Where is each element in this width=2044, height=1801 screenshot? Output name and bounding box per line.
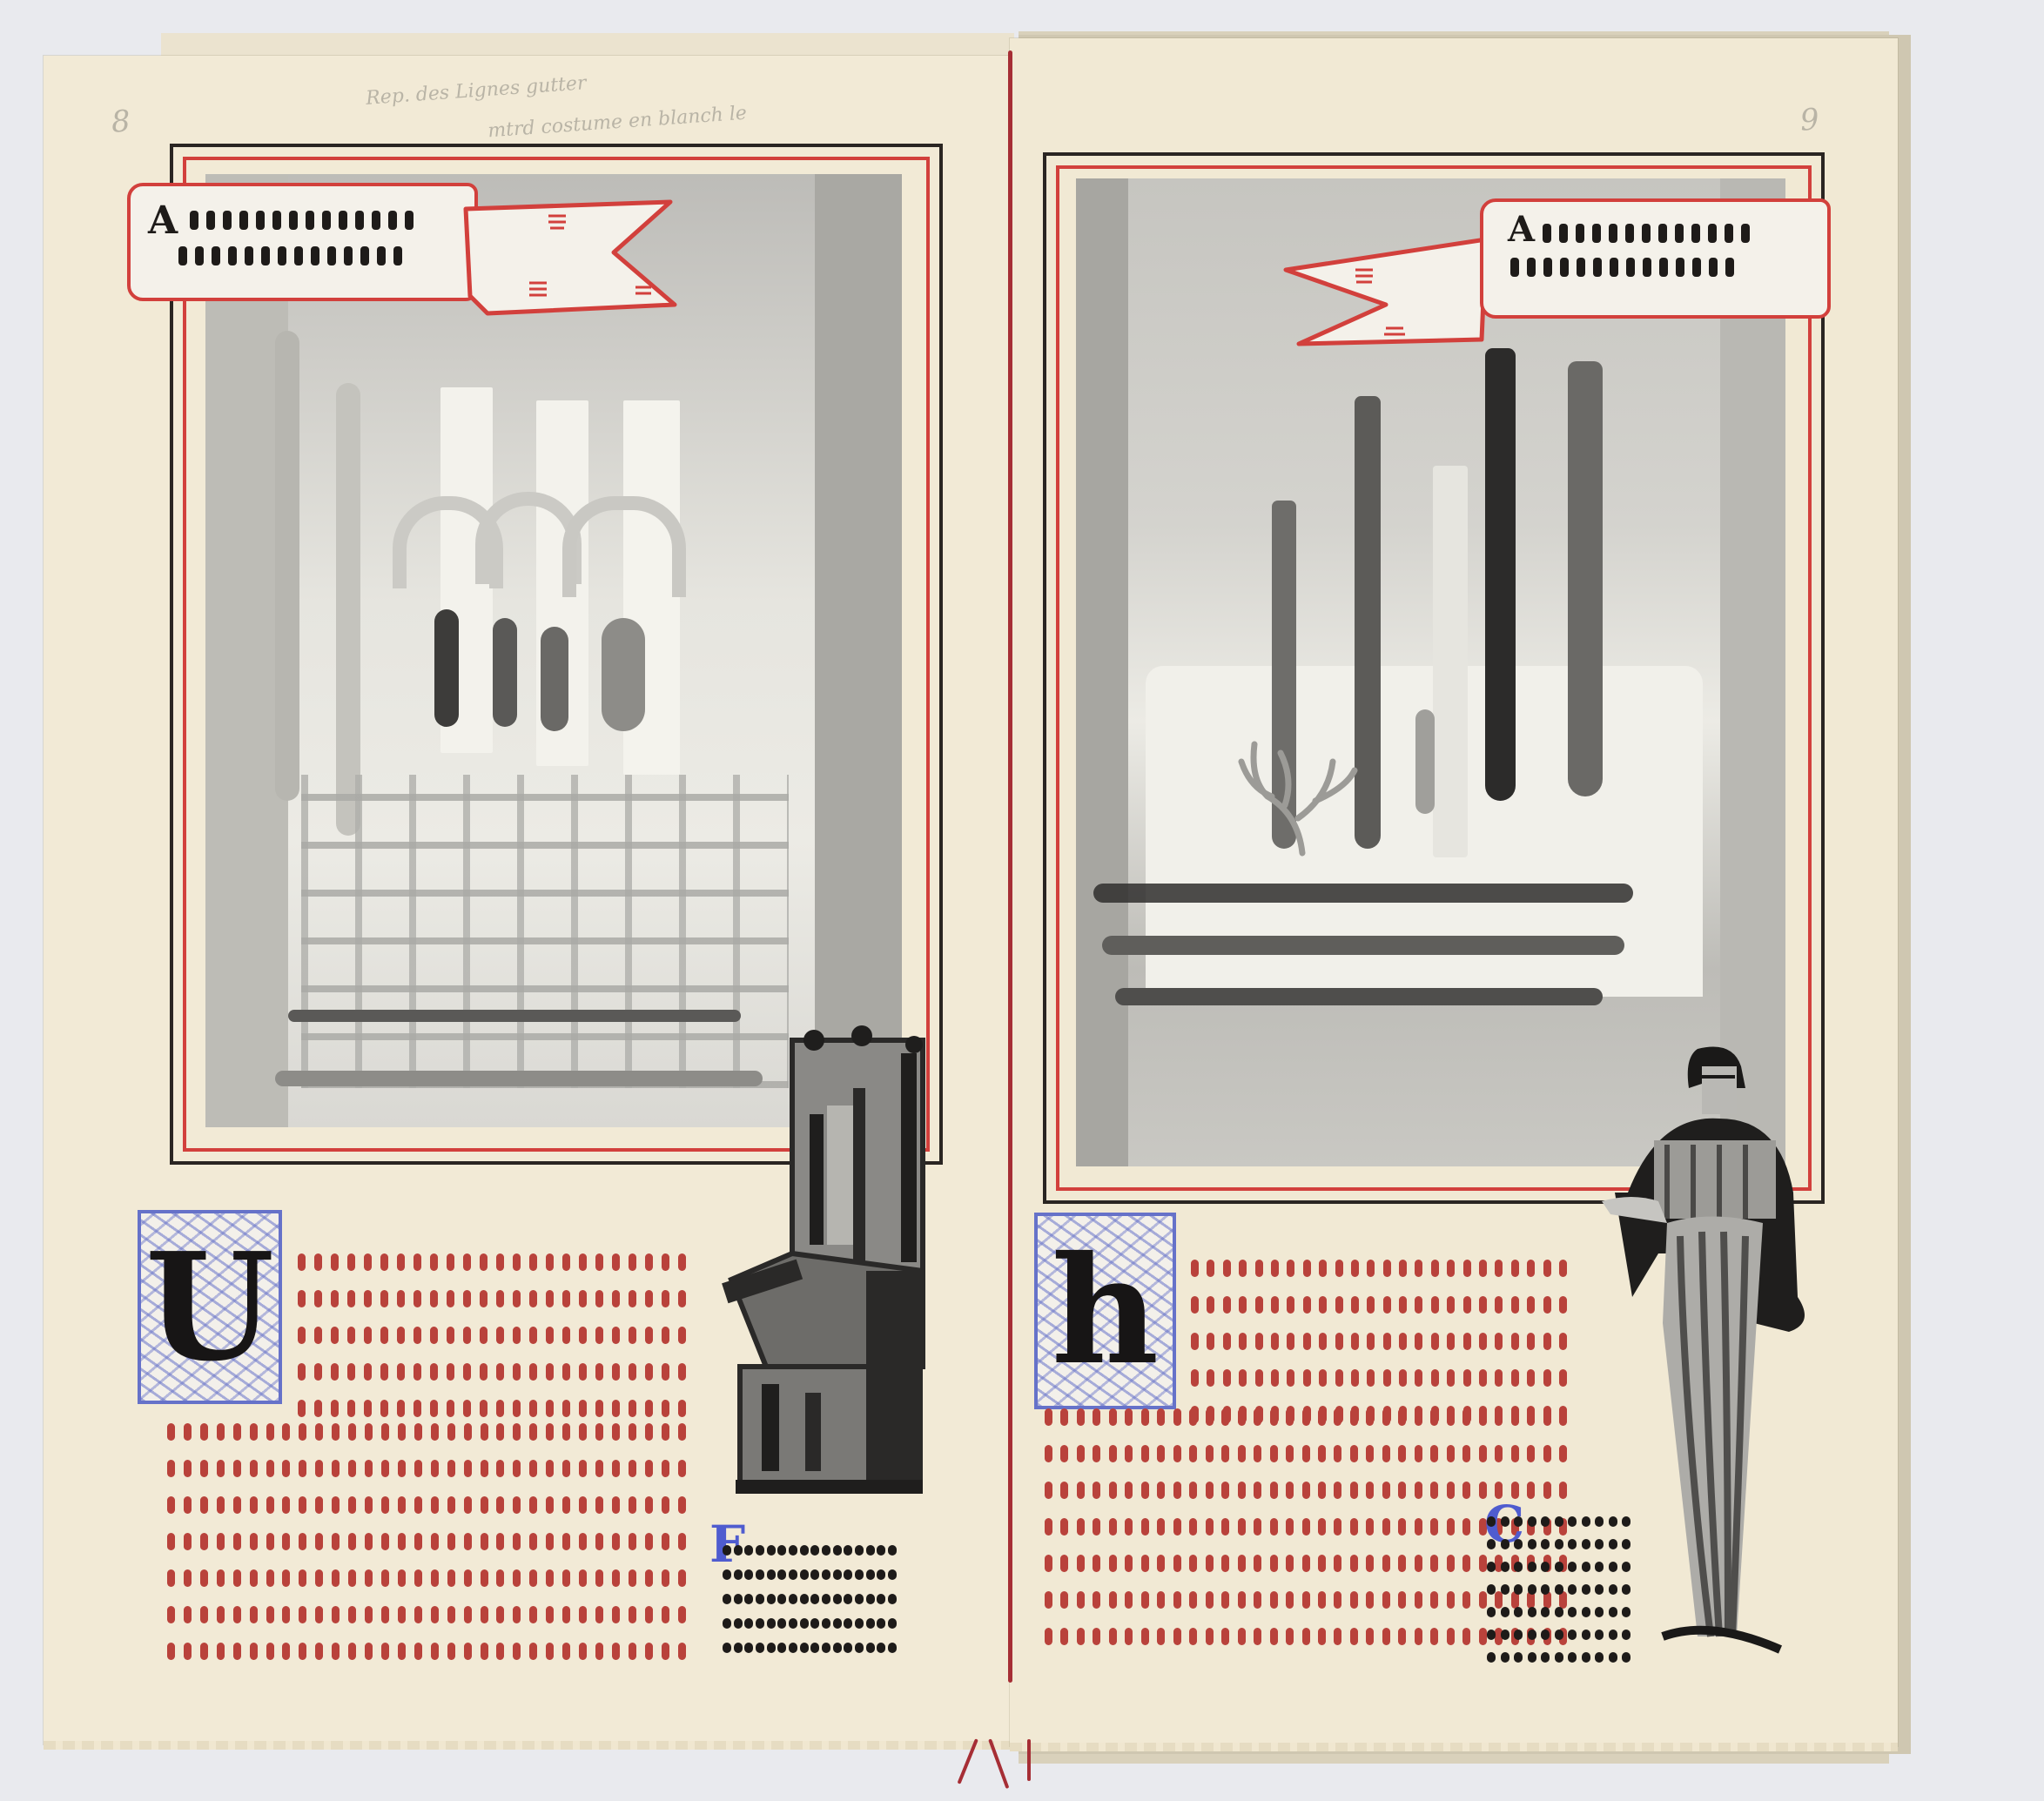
text-line <box>167 1569 686 1587</box>
text-line <box>1191 1333 1567 1350</box>
text-line <box>1191 1260 1567 1277</box>
text-line <box>298 1327 686 1344</box>
text-line <box>298 1290 686 1307</box>
throne-chair-illustration <box>705 1018 931 1523</box>
right-banner-row-2 <box>1510 258 1734 277</box>
left-drop-cap-box: U <box>138 1210 282 1404</box>
text-line <box>298 1400 686 1417</box>
text-line <box>167 1606 686 1623</box>
deckle-edge <box>1010 1743 1898 1751</box>
medieval-figure-illustration <box>1580 1036 1824 1663</box>
text-line <box>1045 1408 1567 1426</box>
right-drop-cap: h <box>1052 1237 1160 1385</box>
left-banner-initial: A <box>148 198 178 243</box>
left-caption-text <box>723 1545 897 1653</box>
text-line <box>723 1545 897 1556</box>
deckle-edge <box>44 1741 1010 1750</box>
text-line <box>167 1423 686 1441</box>
binding-thread-tail <box>1027 1739 1031 1781</box>
right-banner-row-1 <box>1543 224 1750 243</box>
text-line <box>723 1569 897 1580</box>
left-body-text-full <box>167 1423 686 1660</box>
right-body-text-indented <box>1191 1260 1567 1423</box>
left-banner-tail <box>461 192 679 331</box>
text-line <box>298 1363 686 1381</box>
text-line <box>167 1496 686 1514</box>
page-number-left: 8 <box>111 104 131 139</box>
text-line <box>298 1253 686 1271</box>
text-line <box>167 1533 686 1550</box>
text-line <box>1191 1369 1567 1387</box>
page-number-right: 9 <box>1799 102 1820 138</box>
left-body-text-indented <box>298 1253 686 1417</box>
text-line <box>1045 1445 1567 1462</box>
left-drop-cap: U <box>145 1233 274 1381</box>
left-banner-row-2 <box>178 246 402 265</box>
right-banner-tail <box>1273 231 1490 353</box>
text-line <box>167 1460 686 1477</box>
left-banner-scroll <box>127 183 478 301</box>
text-line <box>723 1594 897 1604</box>
right-drop-cap-box: h <box>1034 1213 1176 1409</box>
right-banner-initial: A <box>1508 209 1535 250</box>
text-line <box>723 1643 897 1653</box>
binding-thread <box>1008 50 1012 1683</box>
text-line <box>167 1643 686 1660</box>
left-banner-row-1 <box>190 211 414 230</box>
text-line <box>1191 1296 1567 1314</box>
text-line <box>723 1618 897 1629</box>
